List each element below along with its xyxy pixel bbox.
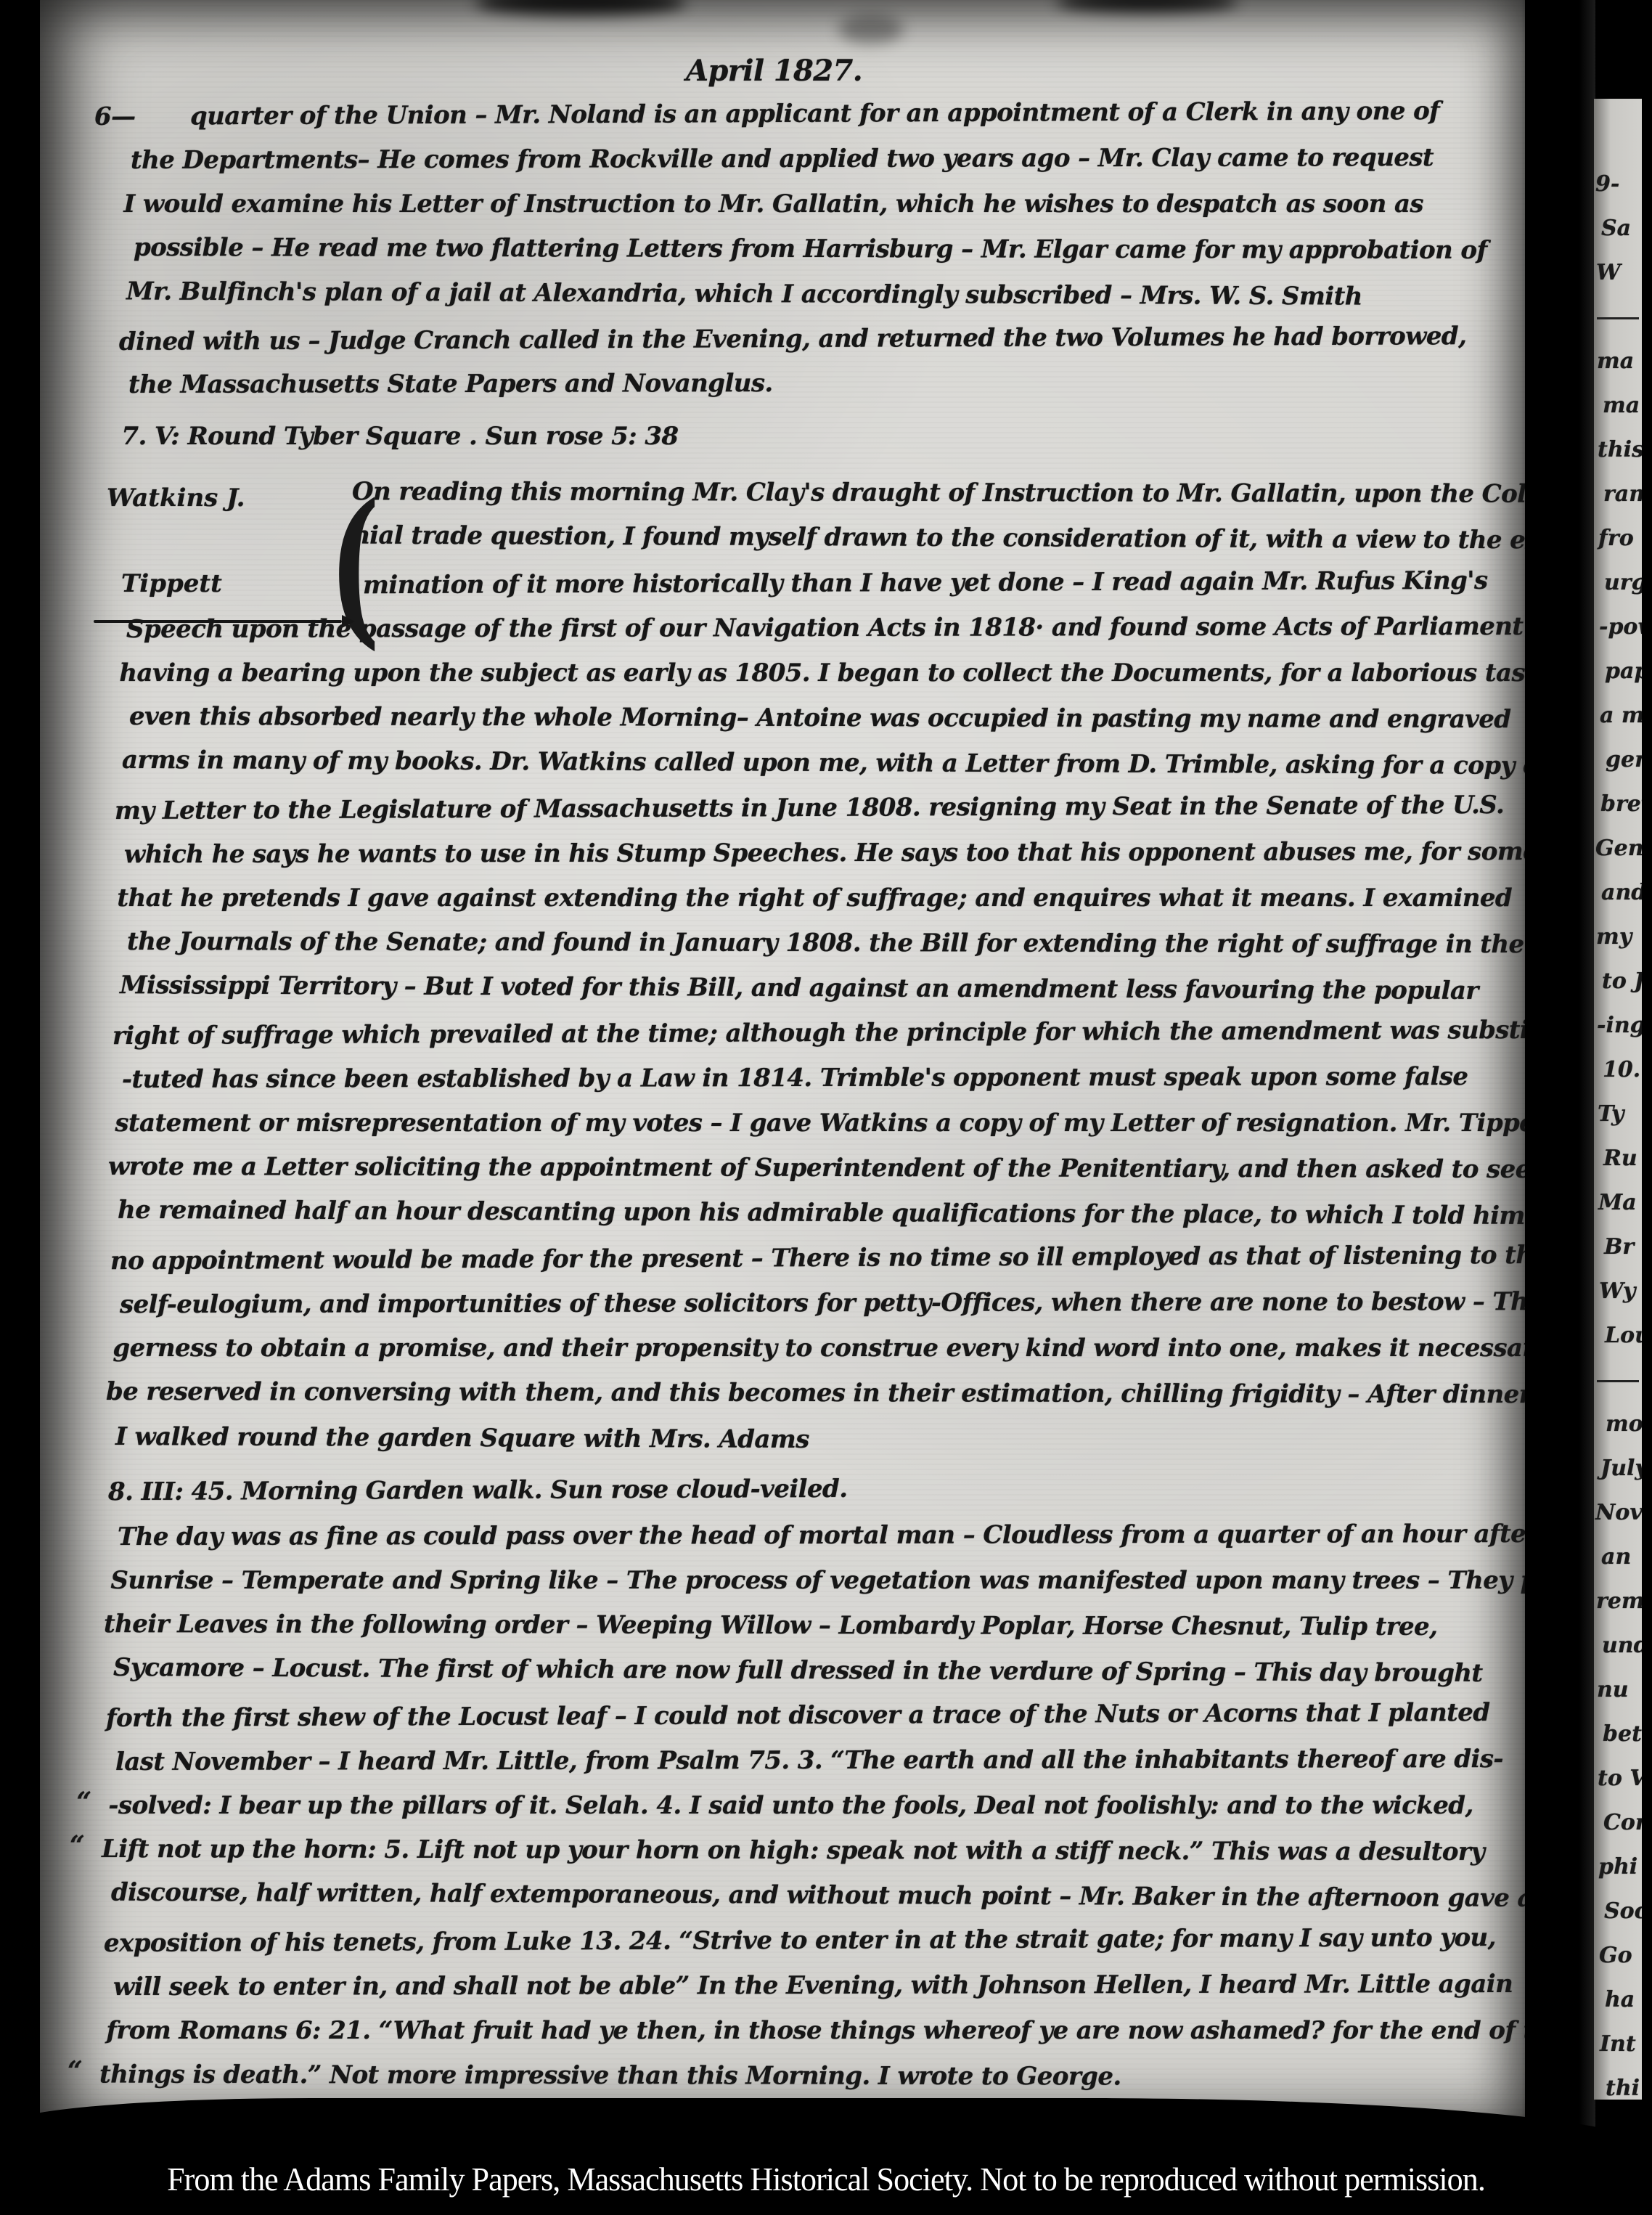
facing-page-text-fragment: thi <box>1606 2076 1640 2100</box>
margin-quote-mark: “ <box>70 1832 84 1859</box>
manuscript-line: that he pretends I gave against extendin… <box>117 886 1512 910</box>
manuscript-page: April 1827. 6—quarter of the Union – Mr.… <box>40 0 1525 2143</box>
binding-gutter-shadow <box>1521 0 1595 2143</box>
manuscript-line: the Departments– He comes from Rockville… <box>131 145 1434 173</box>
manuscript-line: even this absorbed nearly the whole Morn… <box>129 704 1511 732</box>
facing-page-text-fragment: ma <box>1603 393 1640 418</box>
manuscript-line-text: -solved: I bear up the pillars of it. Se… <box>108 1791 1473 1820</box>
manuscript-line-text: the Journals of the Senate; and found in… <box>127 927 1524 959</box>
manuscript-line-text: nial trade question, I found myself draw… <box>352 521 1525 555</box>
facing-page-text-fragment: pap <box>1605 658 1642 684</box>
facing-page-text-fragment: urg <box>1604 570 1642 595</box>
manuscript-line: “things is death.” Not more impressive t… <box>99 2063 1121 2089</box>
manuscript-line-text: be reserved in conversing with them, and… <box>106 1377 1525 1409</box>
facing-page-text-fragment: and <box>1601 880 1642 905</box>
facing-page-rule <box>1597 317 1639 319</box>
manuscript-line-text: On reading this morning Mr. Clay's draug… <box>352 477 1525 508</box>
manuscript-line-text: that he pretends I gave against extendin… <box>117 884 1512 913</box>
margin-note-bracket: ( <box>329 468 380 666</box>
manuscript-line: I walked round the garden Square with Mr… <box>115 1424 809 1452</box>
manuscript-line: I would examine his Letter of Instructio… <box>123 192 1423 216</box>
manuscript-line-text: statement or misrepresentation of my vot… <box>115 1109 1525 1138</box>
facing-page-text-fragment: rem <box>1596 1588 1642 1614</box>
facing-page-text-fragment: ma <box>1597 348 1634 374</box>
manuscript-line-text: will seek to enter in, and shall not be … <box>113 1970 1513 2002</box>
manuscript-line: their Leaves in the following order – We… <box>104 1612 1437 1639</box>
facing-page-text-fragment: to J <box>1602 968 1642 994</box>
facing-page-text-fragment: Lou <box>1605 1323 1642 1348</box>
manuscript-line: Mr. Bulfinch's plan of a jail at Alexand… <box>126 279 1362 309</box>
manuscript-line: 7. V: Round Tyber Square . Sun rose 5: 3… <box>121 424 678 449</box>
manuscript-line-text: possible – He read me two flattering Let… <box>134 233 1487 265</box>
facing-page-text-fragment: this <box>1598 437 1642 462</box>
manuscript-line: 8. III: 45. Morning Garden walk. Sun ros… <box>108 1477 848 1504</box>
facing-page-text-fragment: gen <box>1606 747 1642 772</box>
manuscript-line-text: arms in many of my books. Dr. Watkins ca… <box>122 746 1525 780</box>
manuscript-line-text: quarter of the Union – Mr. Noland is an … <box>190 97 1439 131</box>
manuscript-line-text: forth the first shew of the Locust leaf … <box>106 1698 1490 1733</box>
manuscript-line-text: gerness to obtain a promise, and their p… <box>113 1334 1525 1363</box>
manuscript-line-text: Mississippi Territory – But I voted for … <box>120 971 1479 1005</box>
manuscript-line: forth the first shew of the Locust leaf … <box>106 1700 1490 1731</box>
scan-right-border <box>1642 0 1652 2215</box>
manuscript-line: The day was as fine as could pass over t… <box>118 1522 1525 1549</box>
facing-page-text-fragment: nu <box>1597 1677 1629 1702</box>
manuscript-line-text: mination of it more historically than I … <box>363 566 1488 600</box>
manuscript-line-text: I walked round the garden Square with Mr… <box>115 1422 809 1454</box>
margin-quote-mark: “ <box>76 1789 91 1815</box>
manuscript-line: 6—quarter of the Union – Mr. Noland is a… <box>94 99 1439 129</box>
manuscript-line: “Lift not up the horn: 5. Lift not up yo… <box>102 1837 1484 1864</box>
facing-page-text-fragment: mov <box>1606 1411 1642 1437</box>
manuscript-line-text: things is death.” Not more impressive th… <box>99 2060 1121 2092</box>
manuscript-line-text: wrote me a Letter soliciting the appoint… <box>108 1152 1525 1184</box>
margin-quote-mark: “ <box>68 2057 82 2084</box>
facing-page-text-fragment: Con <box>1603 1810 1642 1835</box>
facing-page-rule <box>1597 1380 1639 1382</box>
facing-page-text-fragment: Soc <box>1604 1898 1642 1924</box>
facing-page-text-fragment: to V <box>1598 1766 1642 1791</box>
manuscript-line-text: exposition of his tenets, from Luke 13. … <box>104 1923 1496 1958</box>
facing-page-text-fragment: Gen <box>1595 836 1642 861</box>
manuscript-line: be reserved in conversing with them, and… <box>106 1379 1525 1407</box>
facing-page-text-fragment: 10. <box>1603 1057 1640 1082</box>
manuscript-line: arms in many of my books. Dr. Watkins ca… <box>122 748 1525 778</box>
manuscript-line-text: the Departments– He comes from Rockville… <box>131 143 1434 175</box>
manuscript-line: nial trade question, I found myself draw… <box>352 523 1525 553</box>
scan-smudge <box>475 0 686 15</box>
manuscript-line-text: he remained half an hour descanting upon… <box>118 1196 1525 1231</box>
manuscript-line: -tuted has since been established by a L… <box>122 1064 1468 1092</box>
manuscript-line-text: The day was as fine as could pass over t… <box>118 1520 1525 1551</box>
manuscript-line-text: their Leaves in the following order – We… <box>104 1610 1437 1641</box>
manuscript-line-text: 8. III: 45. Morning Garden walk. Sun ros… <box>108 1474 848 1506</box>
entry-day-number: 6— <box>94 104 190 129</box>
manuscript-line-text: dined with us – Judge Cranch called in t… <box>119 322 1466 356</box>
facing-page-text-fragment: fro <box>1598 526 1634 551</box>
manuscript-line-text: 7. V: Round Tyber Square . Sun rose 5: 3… <box>121 422 678 451</box>
manuscript-line: last November – I heard Mr. Little, from… <box>115 1747 1503 1774</box>
manuscript-line-text: Mr. Bulfinch's plan of a jail at Alexand… <box>126 277 1362 311</box>
manuscript-line-text: even this absorbed nearly the whole Morn… <box>129 702 1511 734</box>
page-heading-date: April 1827. <box>686 57 862 86</box>
manuscript-line-text: Sycamore – Locust. The first of which ar… <box>113 1653 1483 1688</box>
manuscript-line-text: -tuted has since been established by a L… <box>122 1062 1468 1094</box>
manuscript-line-text: Lift not up the horn: 5. Lift not up you… <box>102 1835 1484 1867</box>
margin-note-name-2: Tippett <box>121 569 222 598</box>
manuscript-line-text: the Massachusetts State Papers and Novan… <box>128 369 773 399</box>
manuscript-line: dined with us – Judge Cranch called in t… <box>119 324 1466 354</box>
facing-page-text-fragment: Ty <box>1598 1101 1624 1127</box>
archive-caption: From the Adams Family Papers, Massachuse… <box>17 2161 1635 2198</box>
facing-page-text-fragment: Sa <box>1601 216 1631 241</box>
manuscript-line: my Letter to the Legislature of Massachu… <box>115 793 1504 823</box>
manuscript-line: discourse, half written, half extemporan… <box>111 1880 1525 1912</box>
facing-page-text-fragment: Wy <box>1599 1278 1635 1304</box>
manuscript-line-text: from Romans 6: 21. “What fruit had ye th… <box>106 2016 1525 2045</box>
manuscript-line-text: last November – I heard Mr. Little, from… <box>115 1745 1503 1777</box>
manuscript-line: he remained half an hour descanting upon… <box>118 1198 1525 1228</box>
manuscript-line-text: Sunrise – Temperate and Spring like – Th… <box>110 1566 1525 1595</box>
facing-page-text-fragment: an <box>1601 1544 1631 1570</box>
manuscript-line-text: my Letter to the Legislature of Massachu… <box>115 791 1504 825</box>
scanned-manuscript-view: April 1827. 6—quarter of the Union – Mr.… <box>0 0 1652 2215</box>
facing-page-text-fragment: bet <box>1603 1721 1642 1747</box>
manuscript-line: On reading this morning Mr. Clay's draug… <box>352 479 1525 506</box>
facing-page-text-fragment: -ing <box>1597 1013 1642 1038</box>
facing-page-text-fragment: Ma <box>1598 1190 1637 1215</box>
facing-page-text-fragment: Ru <box>1603 1146 1637 1171</box>
facing-page-edge-strip: 9-SaWmamathisramfrourg-powpapa mgenbrewG… <box>1594 99 1642 2100</box>
facing-page-text-fragment: Go <box>1599 1943 1632 1968</box>
facing-page-text-fragment: W <box>1596 260 1621 285</box>
manuscript-line: the Massachusetts State Papers and Novan… <box>128 371 773 397</box>
scan-smudge <box>838 15 904 44</box>
manuscript-line: right of suffrage which prevailed at the… <box>113 1018 1525 1048</box>
margin-note-name-1: Watkins J. <box>107 484 245 513</box>
manuscript-line: Sunrise – Temperate and Spring like – Th… <box>110 1568 1525 1593</box>
manuscript-line-text: no appointment would be made for the pre… <box>110 1241 1525 1276</box>
facing-page-text-fragment: a m <box>1600 703 1642 728</box>
facing-page-text-fragment: Br <box>1604 1234 1634 1260</box>
manuscript-line: Sycamore – Locust. The first of which ar… <box>113 1655 1483 1686</box>
manuscript-line: statement or misrepresentation of my vot… <box>115 1111 1525 1135</box>
facing-page-text-fragment: ha <box>1605 1987 1635 2012</box>
manuscript-line: no appointment would be made for the pre… <box>110 1243 1525 1273</box>
manuscript-line: possible – He read me two flattering Let… <box>134 235 1487 263</box>
manuscript-line: gerness to obtain a promise, and their p… <box>113 1336 1525 1361</box>
facing-page-text-fragment: my <box>1596 924 1632 950</box>
manuscript-line: from Romans 6: 21. “What fruit had ye th… <box>106 2018 1525 2043</box>
manuscript-line: wrote me a Letter soliciting the appoint… <box>108 1154 1525 1182</box>
manuscript-line: will seek to enter in, and shall not be … <box>113 1972 1513 1999</box>
facing-page-text-fragment: und <box>1602 1633 1642 1658</box>
facing-page-text-fragment: Int <box>1600 2031 1636 2057</box>
manuscript-line: Mississippi Territory – But I voted for … <box>120 973 1479 1003</box>
manuscript-line: exposition of his tenets, from Luke 13. … <box>104 1925 1496 1956</box>
margin-note-underline <box>94 620 342 623</box>
manuscript-line-text: right of suffrage which prevailed at the… <box>113 1016 1525 1051</box>
manuscript-line: self-eulogium, and importunities of thes… <box>120 1289 1525 1317</box>
facing-page-text-fragment: phi <box>1598 1854 1637 1880</box>
manuscript-line: “-solved: I bear up the pillars of it. S… <box>108 1793 1473 1818</box>
manuscript-line-text: discourse, half written, half extemporan… <box>111 1878 1525 1914</box>
manuscript-line: which he says he wants to use in his Stu… <box>124 839 1525 867</box>
facing-page-text-fragment: 9- <box>1595 171 1619 197</box>
manuscript-line: mination of it more historically than I … <box>363 568 1488 597</box>
manuscript-line-text: I would examine his Letter of Instructio… <box>123 189 1423 219</box>
manuscript-line-text: self-eulogium, and importunities of thes… <box>120 1287 1525 1319</box>
facing-page-text-fragment: July <box>1600 1456 1642 1481</box>
facing-page-text-fragment: ram <box>1603 481 1642 507</box>
scan-smudge <box>1056 0 1238 12</box>
facing-page-text-fragment: brew <box>1600 791 1642 817</box>
facing-page-text-fragment: -pow <box>1599 614 1642 640</box>
facing-page-text-fragment: Nov <box>1595 1500 1642 1525</box>
manuscript-line-text: which he says he wants to use in his Stu… <box>124 837 1525 869</box>
manuscript-line: the Journals of the Senate; and found in… <box>127 929 1524 957</box>
margin-note-underline-arrow <box>342 615 355 628</box>
